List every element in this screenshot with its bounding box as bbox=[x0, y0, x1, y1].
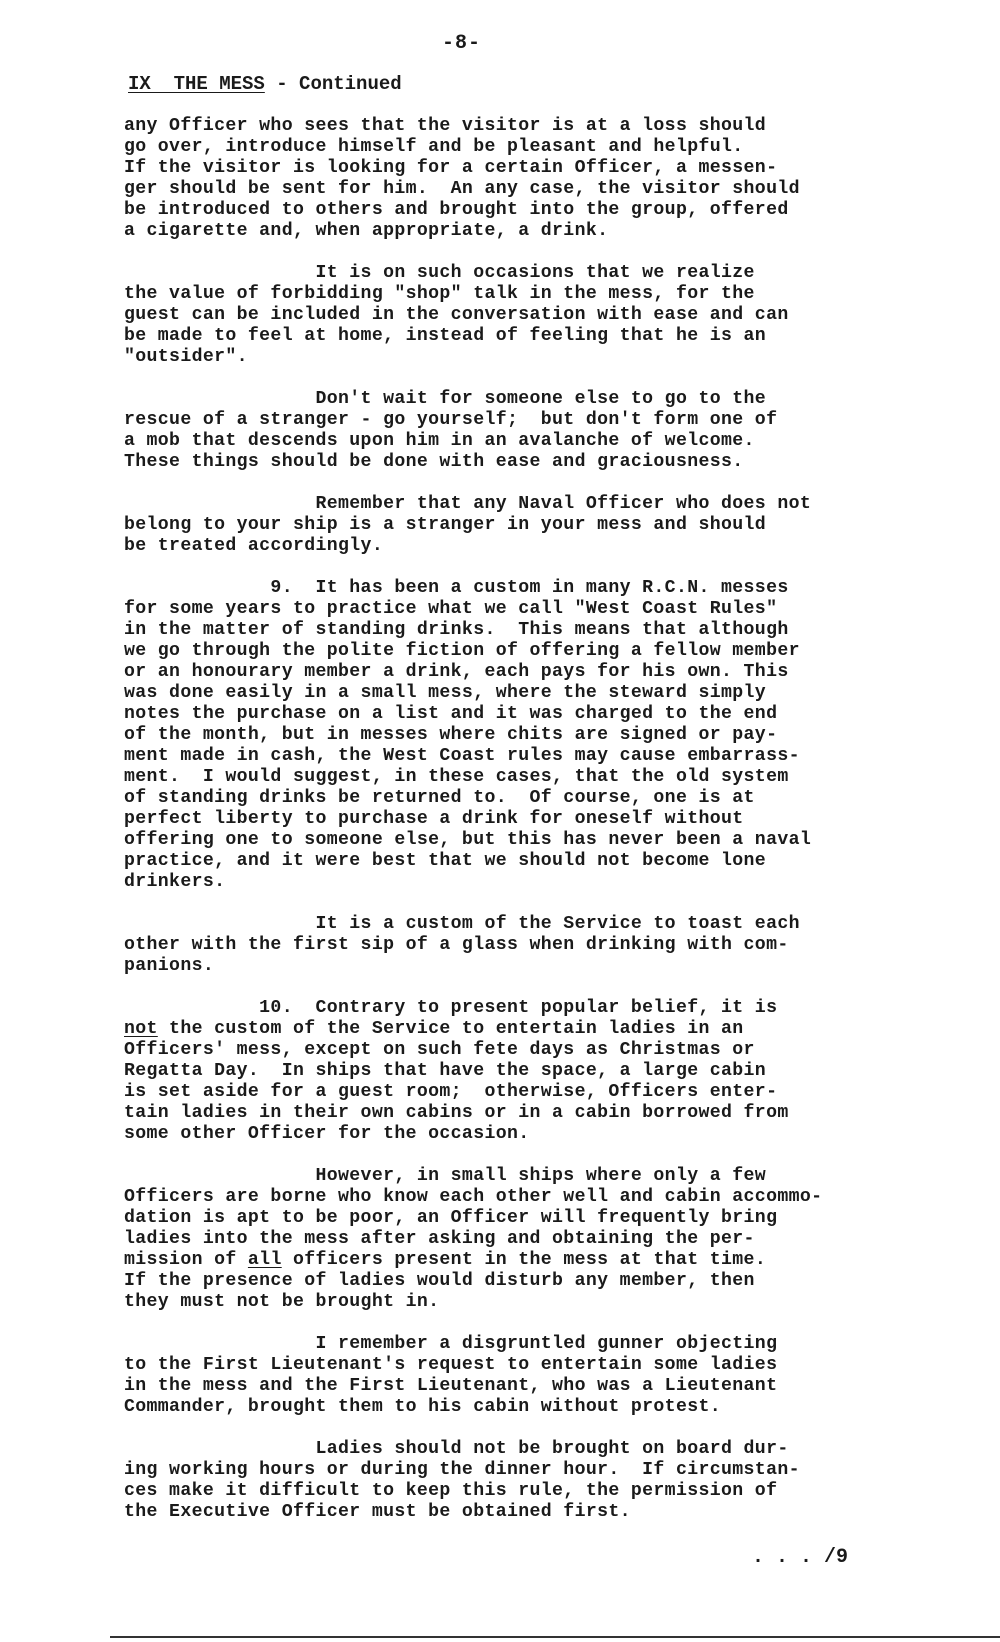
text-line: practice, and it were best that we shoul… bbox=[124, 851, 904, 872]
text-line: be made to feel at home, instead of feel… bbox=[124, 326, 904, 347]
text-line: a mob that descends upon him in an avala… bbox=[124, 431, 904, 452]
text-line: panions. bbox=[124, 956, 904, 977]
text-line: be treated accordingly. bbox=[124, 536, 904, 557]
text-line: some other Officer for the occasion. bbox=[124, 1124, 904, 1145]
text-line: in the matter of standing drinks. This m… bbox=[124, 620, 904, 641]
text-line: I remember a disgruntled gunner objectin… bbox=[124, 1334, 904, 1355]
text-line: not the custom of the Service to enterta… bbox=[124, 1019, 904, 1040]
text-line: dation is apt to be poor, an Officer wil… bbox=[124, 1208, 904, 1229]
text-line: These things should be done with ease an… bbox=[124, 452, 904, 473]
continuation-marker: . . . /9 bbox=[752, 1546, 848, 1569]
document-page: -8- IX THE MESS - Continued any Officer … bbox=[0, 0, 1000, 1642]
page-number: -8- bbox=[442, 32, 481, 55]
text-line: we go through the polite fiction of offe… bbox=[124, 641, 904, 662]
paragraph: any Officer who sees that the visitor is… bbox=[124, 116, 904, 242]
text-line: If the presence of ladies would disturb … bbox=[124, 1271, 904, 1292]
text-line: of standing drinks be returned to. Of co… bbox=[124, 788, 904, 809]
text-line: any Officer who sees that the visitor is… bbox=[124, 116, 904, 137]
text-line: Remember that any Naval Officer who does… bbox=[124, 494, 904, 515]
text-line: belong to your ship is a stranger in you… bbox=[124, 515, 904, 536]
paragraph: It is on such occasions that we realizet… bbox=[124, 263, 904, 368]
text-line: Ladies should not be brought on board du… bbox=[124, 1439, 904, 1460]
text-line: offering one to someone else, but this h… bbox=[124, 830, 904, 851]
text-line: for some years to practice what we call … bbox=[124, 599, 904, 620]
paragraph: Ladies should not be brought on board du… bbox=[124, 1439, 904, 1523]
text-line: ing working hours or during the dinner h… bbox=[124, 1460, 904, 1481]
text-line: "outsider". bbox=[124, 347, 904, 368]
text-line: other with the first sip of a glass when… bbox=[124, 935, 904, 956]
text-line: is set aside for a guest room; otherwise… bbox=[124, 1082, 904, 1103]
text-line: drinkers. bbox=[124, 872, 904, 893]
text-line: be introduced to others and brought into… bbox=[124, 200, 904, 221]
text-line: Regatta Day. In ships that have the spac… bbox=[124, 1061, 904, 1082]
text-line: It is on such occasions that we realize bbox=[124, 263, 904, 284]
heading-suffix: Continued bbox=[299, 73, 402, 95]
body-text: any Officer who sees that the visitor is… bbox=[124, 116, 904, 1544]
section-title: IX THE MESS bbox=[128, 73, 265, 95]
paragraph: 9. It has been a custom in many R.C.N. m… bbox=[124, 578, 904, 893]
underlined-word: all bbox=[248, 1250, 282, 1270]
bottom-rule bbox=[110, 1636, 1000, 1638]
text-line: the Executive Officer must be obtained f… bbox=[124, 1502, 904, 1523]
text-line: 10. Contrary to present popular belief, … bbox=[124, 998, 904, 1019]
paragraph: 10. Contrary to present popular belief, … bbox=[124, 998, 904, 1145]
text-line: tain ladies in their own cabins or in a … bbox=[124, 1103, 904, 1124]
paragraph: Remember that any Naval Officer who does… bbox=[124, 494, 904, 557]
text-line: ladies into the mess after asking and ob… bbox=[124, 1229, 904, 1250]
text-line: However, in small ships where only a few bbox=[124, 1166, 904, 1187]
section-heading: IX THE MESS - Continued bbox=[128, 73, 402, 95]
underlined-word: not bbox=[124, 1019, 158, 1039]
text-line: a cigarette and, when appropriate, a dri… bbox=[124, 221, 904, 242]
text-line: of the month, but in messes where chits … bbox=[124, 725, 904, 746]
text-line: mission of all officers present in the m… bbox=[124, 1250, 904, 1271]
paragraph: It is a custom of the Service to toast e… bbox=[124, 914, 904, 977]
text-line: ment made in cash, the West Coast rules … bbox=[124, 746, 904, 767]
text-line: ces make it difficult to keep this rule,… bbox=[124, 1481, 904, 1502]
text-line: 9. It has been a custom in many R.C.N. m… bbox=[124, 578, 904, 599]
text-line: Commander, brought them to his cabin wit… bbox=[124, 1397, 904, 1418]
text-line: ment. I would suggest, in these cases, t… bbox=[124, 767, 904, 788]
text-line: go over, introduce himself and be pleasa… bbox=[124, 137, 904, 158]
heading-separator: - bbox=[265, 73, 299, 95]
text-line: was done easily in a small mess, where t… bbox=[124, 683, 904, 704]
paragraph: However, in small ships where only a few… bbox=[124, 1166, 904, 1313]
text-line: in the mess and the First Lieutenant, wh… bbox=[124, 1376, 904, 1397]
text-line: rescue of a stranger - go yourself; but … bbox=[124, 410, 904, 431]
text-line: notes the purchase on a list and it was … bbox=[124, 704, 904, 725]
text-line: they must not be brought in. bbox=[124, 1292, 904, 1313]
text-line: guest can be included in the conversatio… bbox=[124, 305, 904, 326]
text-line: Officers are borne who know each other w… bbox=[124, 1187, 904, 1208]
text-line: Don't wait for someone else to go to the bbox=[124, 389, 904, 410]
text-line: perfect liberty to purchase a drink for … bbox=[124, 809, 904, 830]
paragraph: I remember a disgruntled gunner objectin… bbox=[124, 1334, 904, 1418]
text-line: or an honourary member a drink, each pay… bbox=[124, 662, 904, 683]
text-line: Officers' mess, except on such fete days… bbox=[124, 1040, 904, 1061]
text-line: the value of forbidding "shop" talk in t… bbox=[124, 284, 904, 305]
text-line: If the visitor is looking for a certain … bbox=[124, 158, 904, 179]
text-line: to the First Lieutenant's request to ent… bbox=[124, 1355, 904, 1376]
text-line: ger should be sent for him. An any case,… bbox=[124, 179, 904, 200]
text-line: It is a custom of the Service to toast e… bbox=[124, 914, 904, 935]
paragraph: Don't wait for someone else to go to the… bbox=[124, 389, 904, 473]
